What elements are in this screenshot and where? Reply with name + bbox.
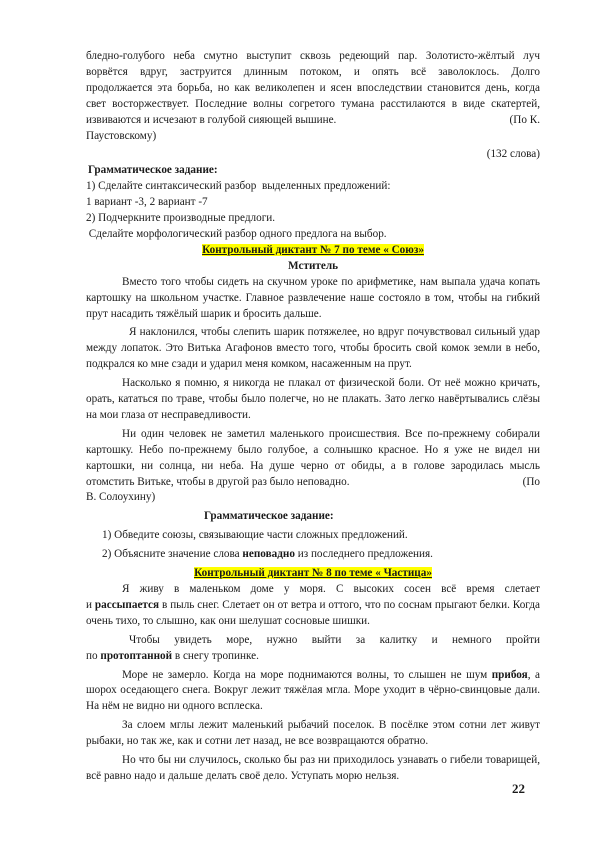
paragraph-line: ворвётся вдруг, заструится длинным поток… (86, 65, 540, 81)
paragraph: За слоем мглы лежит маленький рыбачий по… (86, 718, 540, 750)
text: в снегу тропинке. (172, 650, 259, 662)
word-count: (132 слова) (86, 147, 540, 163)
paragraph: по протоптанной в снегу тропинке. (86, 649, 540, 665)
page-number: 22 (512, 781, 525, 797)
text: Море не замерло. Когда на море поднимают… (122, 669, 492, 681)
task-item: 1 вариант -3, 2 вариант -7 (86, 195, 540, 211)
paragraph-line: извиваются и исчезают в голубой сияющей … (86, 113, 336, 129)
task-title: Грамматическое задание: (86, 509, 540, 525)
paragraph-line: свет восторжествует. Последние волны сог… (86, 97, 540, 113)
paragraph: Насколько я помню, я никогда не плакал о… (86, 376, 540, 424)
paragraph-line: отомстить Витьке, чтобы в другой раз был… (86, 475, 350, 491)
highlighted-heading: Контрольный диктант № 8 по теме « Частиц… (194, 567, 432, 579)
task-item: Сделайте морфологический разбор одного п… (86, 227, 540, 243)
paragraph-line: Чтобы увидеть море, нужно выйти за калит… (86, 633, 540, 649)
paragraph-line: бледно-голубого неба смутно выступит скв… (86, 49, 540, 65)
text: по (86, 650, 100, 662)
task-title: Грамматическое задание: (86, 163, 540, 179)
bold-word: рассыпается (95, 599, 159, 611)
attribution-row: извиваются и исчезают в голубой сияющей … (86, 113, 540, 129)
paragraph: Но что бы ни случилось, сколько бы раз н… (86, 753, 540, 785)
paragraph: Вместо того чтобы сидеть на скучном урок… (86, 275, 540, 323)
dictation-heading: Контрольный диктант № 8 по теме « Частиц… (86, 566, 540, 582)
attribution: Паустовскому) (86, 129, 540, 145)
task-item: 2) Объясните значение слова неповадно из… (86, 547, 540, 563)
highlighted-heading: Контрольный диктант № 7 по теме « Союз» (202, 244, 424, 256)
task-item: 2) Подчеркните производные предлоги. (86, 211, 540, 227)
bold-word: прибоя (492, 669, 528, 681)
task-text: 2) Объясните значение слова (102, 548, 242, 560)
attribution-row: отомстить Витьке, чтобы в другой раз был… (86, 475, 540, 491)
paragraph-line: продолжается эта борьба, но как великоле… (86, 81, 540, 97)
document-page: бледно-голубого неба смутно выступит скв… (86, 49, 540, 785)
attribution: (По К. (510, 113, 540, 129)
dictation-heading: Контрольный диктант № 7 по теме « Союз» (86, 243, 540, 259)
paragraph: Я наклонился, чтобы слепить шарик потяже… (86, 325, 540, 373)
task-text: из последнего предложения. (295, 548, 433, 560)
text-title: Мститель (86, 259, 540, 275)
paragraph-line: Я живу в маленьком доме у моря. С высоки… (86, 582, 540, 598)
attribution: (По (523, 475, 540, 491)
task-keyword: неповадно (242, 548, 295, 560)
paragraph: Море не замерло. Когда на море поднимают… (86, 668, 540, 716)
text: и (86, 599, 95, 611)
task-item: 1) Сделайте синтаксический разбор выделе… (86, 179, 540, 195)
bold-word: протоптанной (100, 650, 172, 662)
paragraph: и рассыпается в пыль снег. Слетает он от… (86, 598, 540, 630)
paragraph: Ни один человек не заметил маленького пр… (86, 427, 540, 475)
attribution: В. Солоухину) (86, 490, 540, 506)
task-item: 1) Обведите союзы, связывающие части сло… (86, 528, 540, 544)
